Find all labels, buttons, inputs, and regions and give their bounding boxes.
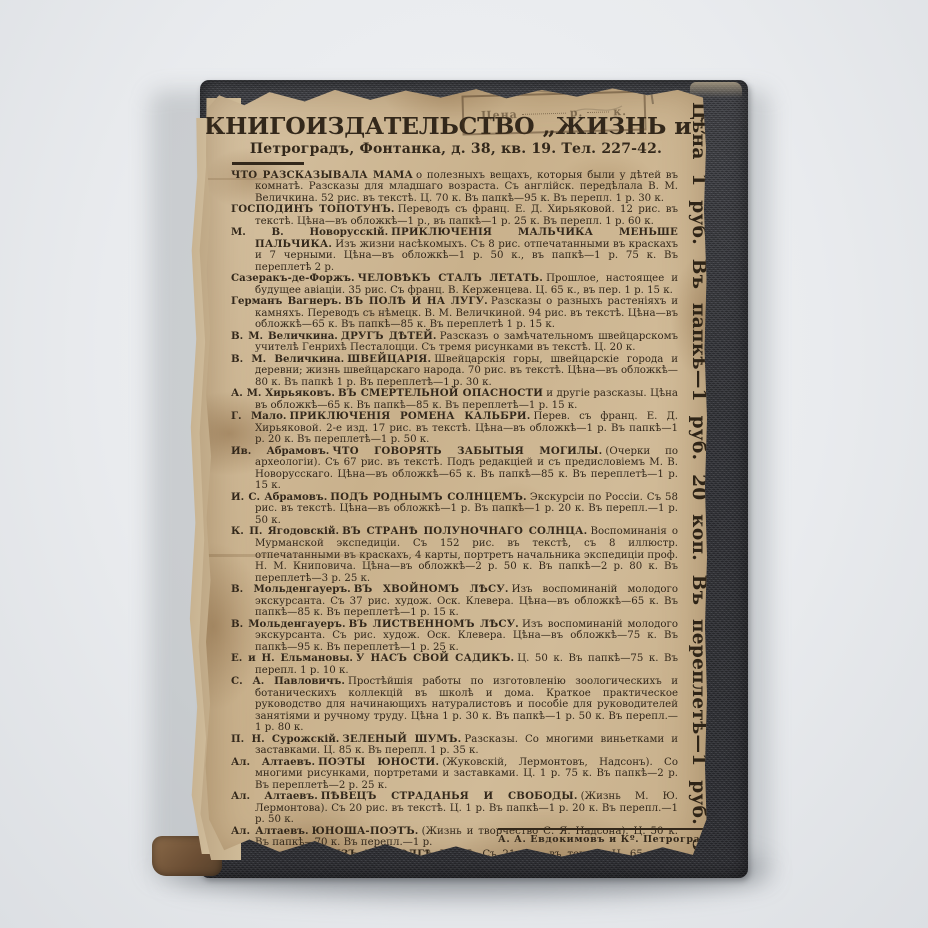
stamp-label: Цена xyxy=(481,108,518,122)
catalog-entry: В. М. Величкина.ШВЕЙЦАРІЯ.Швейцарскія го… xyxy=(231,354,678,389)
stamp-dotted-leader xyxy=(587,111,609,113)
entry-author: С. А. Павловичъ. xyxy=(231,675,345,687)
entry-author: В. Мольденгауеръ. xyxy=(231,583,351,595)
entry-title: ПОЭТЫ ЮНОСТИ. xyxy=(318,756,439,768)
entry-author: Ал. Алтаевъ. xyxy=(231,756,315,768)
catalog-entry: ЧТО РАЗСКАЗЫВАЛА МАМАо полезныхъ вещахъ,… xyxy=(231,170,678,205)
catalog-entries: ЧТО РАЗСКАЗЫВАЛА МАМАо полезныхъ вещахъ,… xyxy=(204,170,708,859)
catalog-entry: Ив. Абрамовъ.ЧТО ГОВОРЯТЬ ЗАБЫТЫЯ МОГИЛЫ… xyxy=(231,446,678,492)
entry-title: ВЪ СТРАНѢ ПОЛУНОЧНАГО СОЛНЦА. xyxy=(342,525,587,537)
entry-title: ВЪ ЛИСТВЕННОМЪ ЛѢСУ. xyxy=(349,618,519,630)
cloth-top-corner-highlight xyxy=(690,82,742,98)
entry-author: В. Мольденгауеръ. xyxy=(231,618,346,630)
catalog-entry: Г. Мало.ПРИКЛЮЧЕНІЯ РОМЕНА КАЛЬБРИ.Перев… xyxy=(231,411,678,446)
entry-author: П. Н. Сурожскій. xyxy=(231,733,339,745)
entry-title: ВЪ СМЕРТЕЛЬНОЙ ОПАСНОСТИ xyxy=(338,387,543,399)
catalog-entry: М. В. Новорусскій.ПРИКЛЮЧЕНІЯ МАЛЬЧИКА М… xyxy=(231,227,678,273)
catalog-entry: Германъ Вагнеръ.ВЪ ПОЛѢ И НА ЛУГУ.Разска… xyxy=(231,296,678,331)
spine-price-vertical: Цѣна 1 руб. Въ папкѣ—1 руб. 20 коп. Въ п… xyxy=(682,102,708,848)
photo-scene: Ценар.к. КНИГОИЗДАТЕЛЬСТВО „ЖИЗНЬ и ЗНАН… xyxy=(0,0,928,928)
imprint-rule xyxy=(498,828,706,830)
stamp-kop-label: к. xyxy=(613,104,627,117)
price-stamp: Ценар.к. xyxy=(461,90,646,135)
catalog-entry: Ал. Алтаевъ.ПѢВЕЦЪ СТРАДАНЬЯ И СВОБОДЫ.(… xyxy=(231,791,678,826)
catalog-entry: ГОСПОДИНЪ ТОПОТУНЪ.Переводъ съ франц. Е.… xyxy=(231,204,678,227)
entry-title: ЮНОША-ПОЭТЪ. xyxy=(312,825,419,837)
entry-author: В. М. Величкина. xyxy=(231,330,338,342)
entry-author: Ал. Алтаевъ. xyxy=(231,825,309,837)
entry-title: ГОСПОДИНЪ ТОПОТУНЪ. xyxy=(231,203,395,215)
entry-title: ПРИКЛЮЧЕНІЯ РОМЕНА КАЛЬБРИ. xyxy=(289,410,530,422)
entry-title: ПОДЪ РОДНЫМЪ СОЛНЦЕМЪ. xyxy=(330,491,527,503)
catalog-entry: В. М. Величкина.ДРУГЪ ДѢТЕЙ.Разсказъ о з… xyxy=(231,331,678,354)
entry-author: А. М. Хирьяковъ. xyxy=(231,387,335,399)
entry-author: Ал. Алтаевъ. xyxy=(231,790,318,802)
catalog-entry: А. М. Хирьяковъ.ВЪ СМЕРТЕЛЬНОЙ ОПАСНОСТИ… xyxy=(231,388,678,411)
catalog-entry: Ал. Алтаевъ.ПОЭТЫ ЮНОСТИ.(Жуковскій, Лер… xyxy=(231,757,678,792)
catalog-entry: П. Н. Сурожскій.ЗЕЛЕНЫЙ ШУМЪ.Разсказы. С… xyxy=(231,734,678,757)
entry-title: ЗЕЛЕНЫЙ ШУМЪ. xyxy=(342,733,461,745)
publisher-address: Петроградъ, Фонтанка, д. 38, кв. 19. Тел… xyxy=(204,141,708,157)
catalog-entry: И. С. Абрамовъ.ПОДЪ РОДНЫМЪ СОЛНЦЕМЪ.Экс… xyxy=(231,492,678,527)
entry-author: М. В. Новорусскій. xyxy=(231,226,388,238)
entry-title: ЧТО ГОВОРЯТЬ ЗАБЫТЫЯ МОГИЛЫ. xyxy=(332,445,602,457)
entry-author: Г. Мало. xyxy=(231,410,286,422)
entry-title: ШВЕЙЦАРІЯ. xyxy=(347,353,431,365)
entry-author: В. М. Величкина. xyxy=(231,353,344,365)
catalog-entry: Сазеракъ-де-Форжъ.ЧЕЛОВѢКЪ СТАЛЪ ЛЕТАТЬ.… xyxy=(231,273,678,296)
entry-author: К. П. Ягодовскій. xyxy=(231,525,339,537)
entry-author: Сазеракъ-де-Форжъ. xyxy=(231,272,355,284)
catalog-entry: В. Мольденгауеръ.ВЪ ХВОЙНОМЪ ЛѢСУ.Изъ во… xyxy=(231,584,678,619)
entry-title: ДРУГЪ ДѢТЕЙ. xyxy=(341,330,437,342)
entry-title: ВЪ ХВОЙНОМЪ ЛѢСУ. xyxy=(354,583,509,595)
entry-author: И. С. Абрамовъ. xyxy=(231,491,327,503)
catalog-page: Ценар.к. КНИГОИЗДАТЕЛЬСТВО „ЖИЗНЬ и ЗНАН… xyxy=(204,86,708,858)
imprint-text: А. А. Евдокимовъ и Кº. Петроградъ. xyxy=(498,834,706,845)
imprint-block: А. А. Евдокимовъ и Кº. Петроградъ. xyxy=(498,828,706,845)
catalog-entry: В. Мольденгауеръ.ВЪ ЛИСТВЕННОМЪ ЛѢСУ.Изъ… xyxy=(231,619,678,654)
catalog-entry: С. А. Павловичъ.Простѣйшія работы по изг… xyxy=(231,676,678,734)
entry-title: ПѢВЕЦЪ СТРАДАНЬЯ И СВОБОДЫ. xyxy=(321,790,578,802)
catalog-entry: Е. и Н. Ельмановы.У НАСЪ СВОЙ САДИКЪ.Ц. … xyxy=(231,653,678,676)
stamp-rub-label: р. xyxy=(570,106,584,119)
entry-title: У НАСЪ СВОЙ САДИКЪ. xyxy=(356,652,514,664)
entry-title: ВЪ ПОЛѢ И НА ЛУГУ. xyxy=(345,295,488,307)
paper-crease xyxy=(204,178,708,180)
entry-title: ЧЕЛОВѢКЪ СТАЛЪ ЛЕТАТЬ. xyxy=(358,272,543,284)
entry-author: Германъ Вагнеръ. xyxy=(231,295,342,307)
header-rule xyxy=(232,162,304,165)
entry-author: Е. и Н. Ельмановы. xyxy=(231,652,353,664)
entry-author: Ив. Абрамовъ. xyxy=(231,445,329,457)
paper-crease xyxy=(204,554,708,557)
stamp-dotted-leader xyxy=(522,112,566,114)
